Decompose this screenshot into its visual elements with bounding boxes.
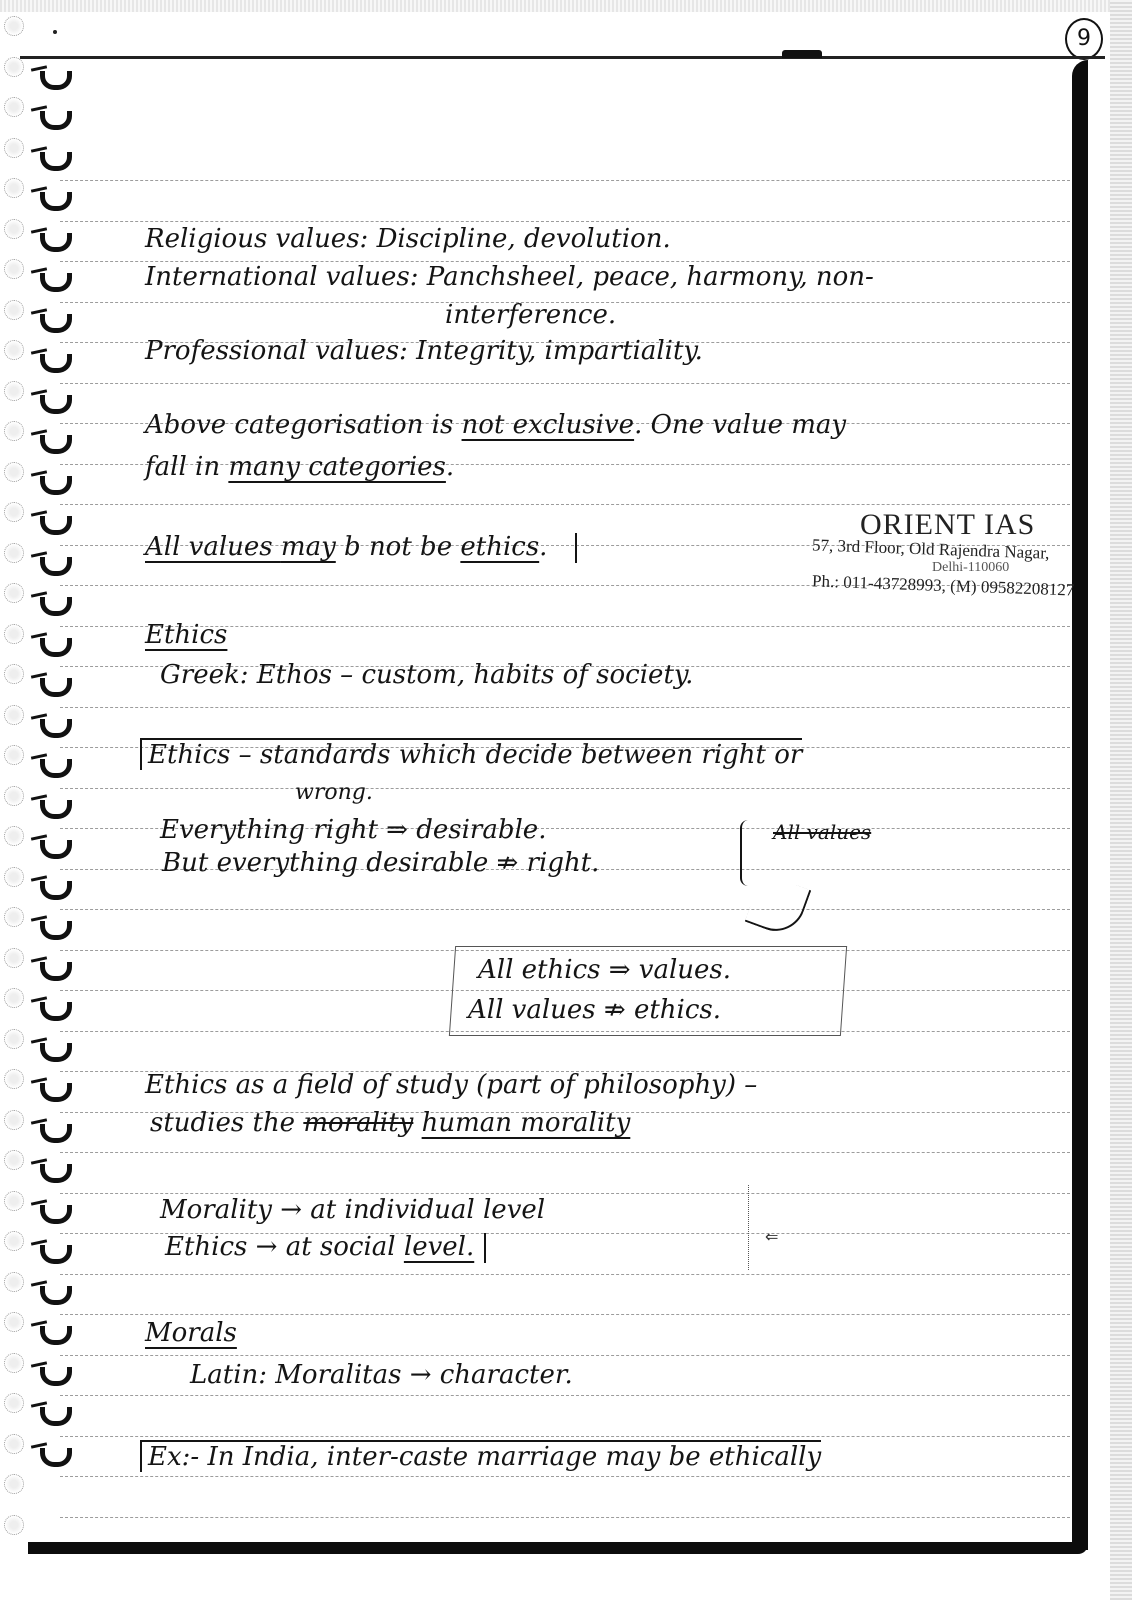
ruled-line xyxy=(60,707,1070,708)
binding-hole xyxy=(4,1150,24,1170)
morals-heading: Morals xyxy=(145,1318,237,1348)
curly-brace xyxy=(740,820,756,886)
binding-hole xyxy=(4,16,24,36)
spiral-coil xyxy=(40,516,72,535)
binding-hole xyxy=(4,786,24,806)
double-arrow-left-icon: ⇐ xyxy=(765,1227,778,1246)
ruled-line xyxy=(60,221,1070,222)
binding-hole xyxy=(4,867,24,887)
ethics-definition-continuation: wrong. xyxy=(295,780,373,805)
all-values-not-ethics-line: All values may b not be ethics. xyxy=(145,532,577,563)
notebook-top-edge xyxy=(20,56,1105,59)
international-values-continuation: interference. xyxy=(445,300,616,330)
spiral-coil xyxy=(40,840,72,859)
ethics-definition-line: Ethics – standards which decide between … xyxy=(140,738,802,770)
spiral-coil xyxy=(40,1043,72,1062)
binding-hole xyxy=(4,138,24,158)
binding-hole xyxy=(4,1474,24,1494)
notebook-right-edge xyxy=(1072,60,1088,1550)
example-line: Ex:- In India, inter-caste marriage may … xyxy=(140,1440,821,1472)
binding-hole xyxy=(4,300,24,320)
binding-hole xyxy=(4,1353,24,1373)
spiral-coil xyxy=(40,1245,72,1264)
binding-hole xyxy=(4,543,24,563)
text-segment: Ethics → at social xyxy=(165,1232,404,1262)
binding-hole xyxy=(4,1312,24,1332)
underlined-may: may xyxy=(281,532,336,562)
spiral-coil xyxy=(40,1367,72,1386)
greek-origin-line: Greek: Ethos – custom, habits of society… xyxy=(160,660,693,690)
spiral-coil xyxy=(40,233,72,252)
binding-hole xyxy=(4,745,24,765)
binding-hole xyxy=(4,421,24,441)
binding-hole xyxy=(4,1272,24,1292)
spiral-coil xyxy=(40,1448,72,1467)
all-ethics-values-line: All ethics ⇒ values. xyxy=(478,955,731,985)
binding-hole xyxy=(4,462,24,482)
spiral-coil xyxy=(40,597,72,616)
all-values-not-ethics-relation: All values ⇏ ethics. xyxy=(468,995,721,1025)
text-segment: . xyxy=(539,532,547,562)
spiral-coil xyxy=(40,638,72,657)
everything-right-line: Everything right ⇒ desirable. xyxy=(160,815,546,845)
ruled-line xyxy=(60,180,1070,181)
binding-hole xyxy=(4,664,24,684)
spiral-coil xyxy=(40,354,72,373)
struck-all-values: All values xyxy=(773,820,871,844)
text-segment: Above categorisation is xyxy=(145,410,462,440)
spiral-coil xyxy=(40,71,72,90)
categorisation-line-1: Above categorisation is not exclusive. O… xyxy=(145,410,846,440)
spiral-coil xyxy=(40,962,72,981)
spiral-coil xyxy=(40,1002,72,1021)
struck-morality: morality xyxy=(303,1108,413,1138)
underlined-level: level. xyxy=(404,1232,474,1262)
scan-edge-top xyxy=(0,0,1132,12)
underlined-human-morality: human morality xyxy=(422,1108,631,1138)
spiral-coil xyxy=(40,435,72,454)
professional-values-line: Professional values: Integrity, impartia… xyxy=(145,336,703,366)
spiral-coil xyxy=(40,1083,72,1102)
binding-hole xyxy=(4,1029,24,1049)
binding-hole xyxy=(4,259,24,279)
spiral-coil xyxy=(40,111,72,130)
side-bracket xyxy=(738,1185,749,1270)
field-of-study-line: Ethics as a field of study (part of phil… xyxy=(145,1070,757,1100)
text-segment: . xyxy=(446,452,454,482)
spiral-coil xyxy=(40,314,72,333)
binding-hole xyxy=(4,583,24,603)
ethics-social-line: Ethics → at social level. xyxy=(165,1232,486,1263)
text-segment xyxy=(413,1108,421,1138)
spiral-coil xyxy=(40,881,72,900)
binding-hole xyxy=(4,178,24,198)
ruled-line xyxy=(60,1355,1070,1356)
ruled-line xyxy=(60,504,1070,505)
spiral-coil xyxy=(40,1205,72,1224)
end-marker xyxy=(575,533,577,563)
ruled-line xyxy=(60,1193,1070,1194)
ruled-line xyxy=(60,1274,1070,1275)
binding-hole xyxy=(4,381,24,401)
top-edge-mark xyxy=(782,50,822,58)
spiral-coil xyxy=(40,557,72,576)
spiral-coil xyxy=(40,192,72,211)
orient-ias-stamp: ORIENT IAS 57, 3rd Floor, Old Rajendra N… xyxy=(812,510,1074,596)
binding-hole xyxy=(4,826,24,846)
notebook-bottom-edge xyxy=(28,1542,1088,1554)
binding-hole xyxy=(4,1110,24,1130)
spiral-coil xyxy=(40,759,72,778)
spiral-coil xyxy=(40,1407,72,1426)
binding-hole xyxy=(4,219,24,239)
spiral-coil xyxy=(40,921,72,940)
binding-hole xyxy=(4,948,24,968)
binding-hole xyxy=(4,502,24,522)
binding-hole xyxy=(4,1231,24,1251)
binding-hole xyxy=(4,1191,24,1211)
binding-hole xyxy=(4,1515,24,1535)
stamp-title: ORIENT IAS xyxy=(812,510,1074,540)
spiral-coil xyxy=(40,1286,72,1305)
text-segment: b not be xyxy=(336,532,461,562)
ruled-line xyxy=(60,1517,1070,1518)
binding-hole xyxy=(4,624,24,644)
scan-edge-right xyxy=(1110,0,1132,1600)
text-segment: fall in xyxy=(145,452,228,482)
spiral-coil xyxy=(40,476,72,495)
international-values-line: International values: Panchsheel, peace,… xyxy=(145,262,874,292)
ruled-line xyxy=(60,1395,1070,1396)
but-everything-line: But everything desirable ⇏ right. xyxy=(162,848,599,878)
page-number: 9 xyxy=(1065,18,1103,60)
ruled-line xyxy=(60,1314,1070,1315)
underlined-not-exclusive: not exclusive xyxy=(462,410,635,440)
binding-hole xyxy=(4,57,24,77)
spiral-coil xyxy=(40,1326,72,1345)
studies-morality-line: studies the morality human morality xyxy=(150,1108,630,1138)
religious-values-line: Religious values: Discipline, devolution… xyxy=(145,224,671,254)
spiral-coil xyxy=(40,1124,72,1143)
binding-hole xyxy=(4,97,24,117)
categorisation-line-2: fall in many categories. xyxy=(145,452,454,482)
binding-hole xyxy=(4,340,24,360)
spiral-coil xyxy=(40,152,72,171)
binding-hole xyxy=(4,1069,24,1089)
latin-origin-line: Latin: Moralitas → character. xyxy=(190,1360,573,1390)
binding-hole xyxy=(4,988,24,1008)
ruled-line xyxy=(60,383,1070,384)
binding-hole xyxy=(4,907,24,927)
ethics-heading: Ethics xyxy=(145,620,227,650)
underlined-ethics: ethics xyxy=(460,532,539,562)
ruled-line xyxy=(60,909,1070,910)
underlined-all-values: All values xyxy=(145,532,281,562)
spiral-coil xyxy=(40,1164,72,1183)
binding-hole xyxy=(4,1434,24,1454)
spiral-coil xyxy=(40,719,72,738)
ruled-line xyxy=(60,788,1070,789)
ruled-line xyxy=(60,1436,1070,1437)
spiral-coil xyxy=(40,678,72,697)
text-segment: . One value may xyxy=(634,410,846,440)
spiral-coil xyxy=(40,395,72,414)
spiral-coil xyxy=(40,800,72,819)
end-marker xyxy=(484,1233,486,1263)
underlined-many-categories: many categories xyxy=(228,452,446,482)
morality-individual-line: Morality → at individual level xyxy=(160,1195,545,1225)
ink-dot xyxy=(53,30,57,34)
ruled-line xyxy=(60,1152,1070,1153)
spiral-coil xyxy=(40,273,72,292)
binding-hole xyxy=(4,1393,24,1413)
ruled-line xyxy=(60,1476,1070,1477)
text-segment: studies the xyxy=(150,1108,303,1138)
binding-hole xyxy=(4,705,24,725)
